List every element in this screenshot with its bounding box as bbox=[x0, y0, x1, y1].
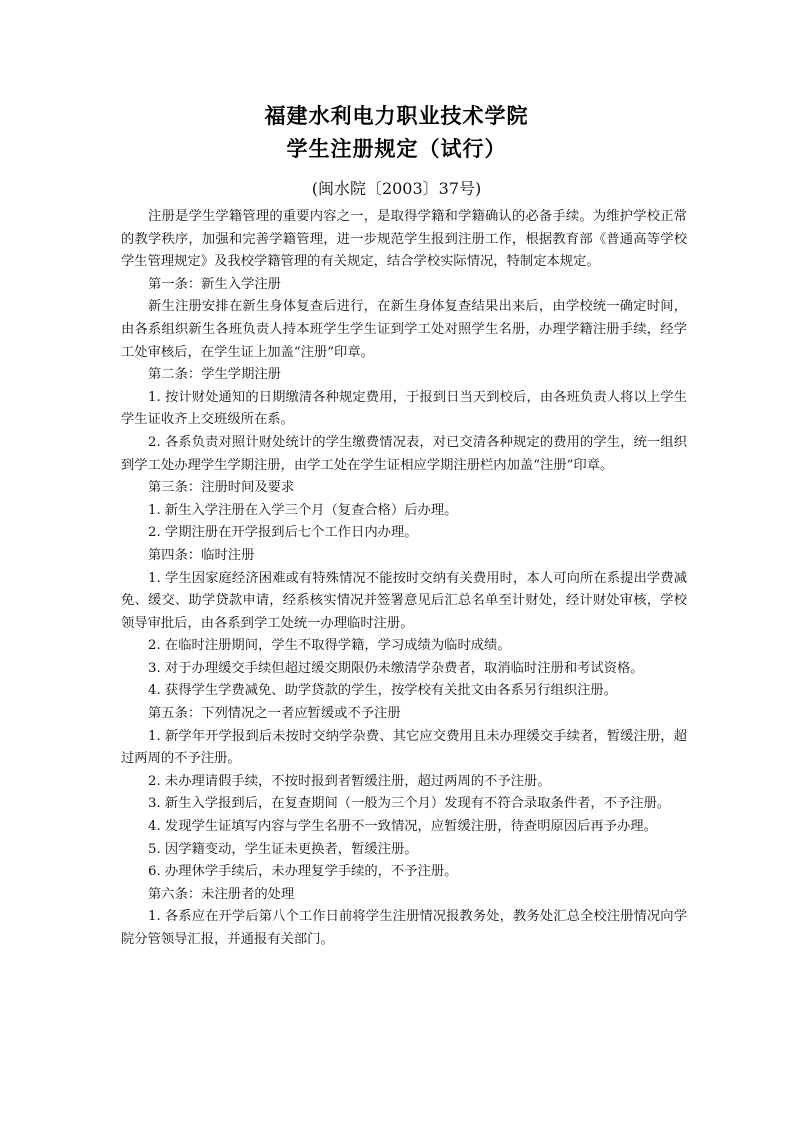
article-paragraph: 5. 因学籍变动，学生证未更换者，暂缓注册。 bbox=[121, 839, 687, 862]
article-2: 第二条：学生学期注册 1. 按计财处通知的日期缴清各种规定费用，于报到日当天到校… bbox=[121, 364, 687, 477]
article-paragraph: 新生注册安排在新生身体复查后进行，在新生身体复查结果出来后，由学校统一确定时间，… bbox=[121, 296, 687, 364]
article-heading: 第六条：未注册者的处理 bbox=[121, 884, 687, 907]
article-paragraph: 1. 新生入学注册在入学三个月（复查合格）后办理。 bbox=[121, 500, 687, 523]
article-heading: 第五条：下列情况之一者应暂缓或不予注册 bbox=[121, 703, 687, 726]
article-1: 第一条：新生入学注册 新生注册安排在新生身体复查后进行，在新生身体复查结果出来后… bbox=[121, 274, 687, 364]
article-paragraph: 2. 学期注册在开学报到后七个工作日内办理。 bbox=[121, 522, 687, 545]
document-title-line2: 学生注册规定（试行） bbox=[0, 133, 793, 163]
article-paragraph: 2. 各系负责对照计财处统计的学生缴费情况表，对已交清各种规定的费用的学生，统一… bbox=[121, 432, 687, 477]
article-paragraph: 1. 各系应在开学后第八个工作日前将学生注册情况报教务处，教务处汇总全校注册情况… bbox=[121, 906, 687, 951]
document-body: 注册是学生学籍管理的重要内容之一，是取得学籍和学籍确认的必备手续。为维护学校正常… bbox=[121, 206, 687, 952]
article-paragraph: 4. 获得学生学费减免、助学贷款的学生，按学校有关批文由各系另行组织注册。 bbox=[121, 680, 687, 703]
article-3: 第三条：注册时间及要求 1. 新生入学注册在入学三个月（复查合格）后办理。 2.… bbox=[121, 477, 687, 545]
article-paragraph: 3. 新生入学报到后，在复查期间（一般为三个月）发现有不符合录取条件者，不予注册… bbox=[121, 793, 687, 816]
article-5: 第五条：下列情况之一者应暂缓或不予注册 1. 新学年开学报到后未按时交纳学杂费、… bbox=[121, 703, 687, 884]
article-paragraph: 3. 对于办理缓交手续但超过缓交期限仍未缴清学杂费者，取消临时注册和考试资格。 bbox=[121, 658, 687, 681]
article-heading: 第一条：新生入学注册 bbox=[121, 274, 687, 297]
article-paragraph: 2. 在临时注册期间，学生不取得学籍，学习成绩为临时成绩。 bbox=[121, 635, 687, 658]
article-6: 第六条：未注册者的处理 1. 各系应在开学后第八个工作日前将学生注册情况报教务处… bbox=[121, 884, 687, 952]
article-paragraph: 4. 发现学生证填写内容与学生名册不一致情况，应暂缓注册，待查明原因后再予办理。 bbox=[121, 816, 687, 839]
document-page: 福建水利电力职业技术学院 学生注册规定（试行） (闽水院〔2003〕37号) 注… bbox=[0, 0, 793, 1122]
article-paragraph: 1. 学生因家庭经济困难或有特殊情况不能按时交纳有关费用时，本人可向所在系提出学… bbox=[121, 568, 687, 636]
document-title-line1: 福建水利电力职业技术学院 bbox=[0, 100, 793, 130]
intro-paragraph: 注册是学生学籍管理的重要内容之一，是取得学籍和学籍确认的必备手续。为维护学校正常… bbox=[121, 206, 687, 274]
document-number: (闽水院〔2003〕37号) bbox=[0, 176, 793, 199]
article-paragraph: 1. 按计财处通知的日期缴清各种规定费用，于报到日当天到校后，由各班负责人将以上… bbox=[121, 387, 687, 432]
article-paragraph: 6. 办理休学手续后，未办理复学手续的，不予注册。 bbox=[121, 861, 687, 884]
article-heading: 第二条：学生学期注册 bbox=[121, 364, 687, 387]
article-paragraph: 2. 未办理请假手续，不按时报到者暂缓注册，超过两周的不予注册。 bbox=[121, 771, 687, 794]
article-heading: 第四条：临时注册 bbox=[121, 545, 687, 568]
article-heading: 第三条：注册时间及要求 bbox=[121, 477, 687, 500]
article-paragraph: 1. 新学年开学报到后未按时交纳学杂费、其它应交费用且未办理缓交手续者，暂缓注册… bbox=[121, 726, 687, 771]
article-4: 第四条：临时注册 1. 学生因家庭经济困难或有特殊情况不能按时交纳有关费用时，本… bbox=[121, 545, 687, 703]
